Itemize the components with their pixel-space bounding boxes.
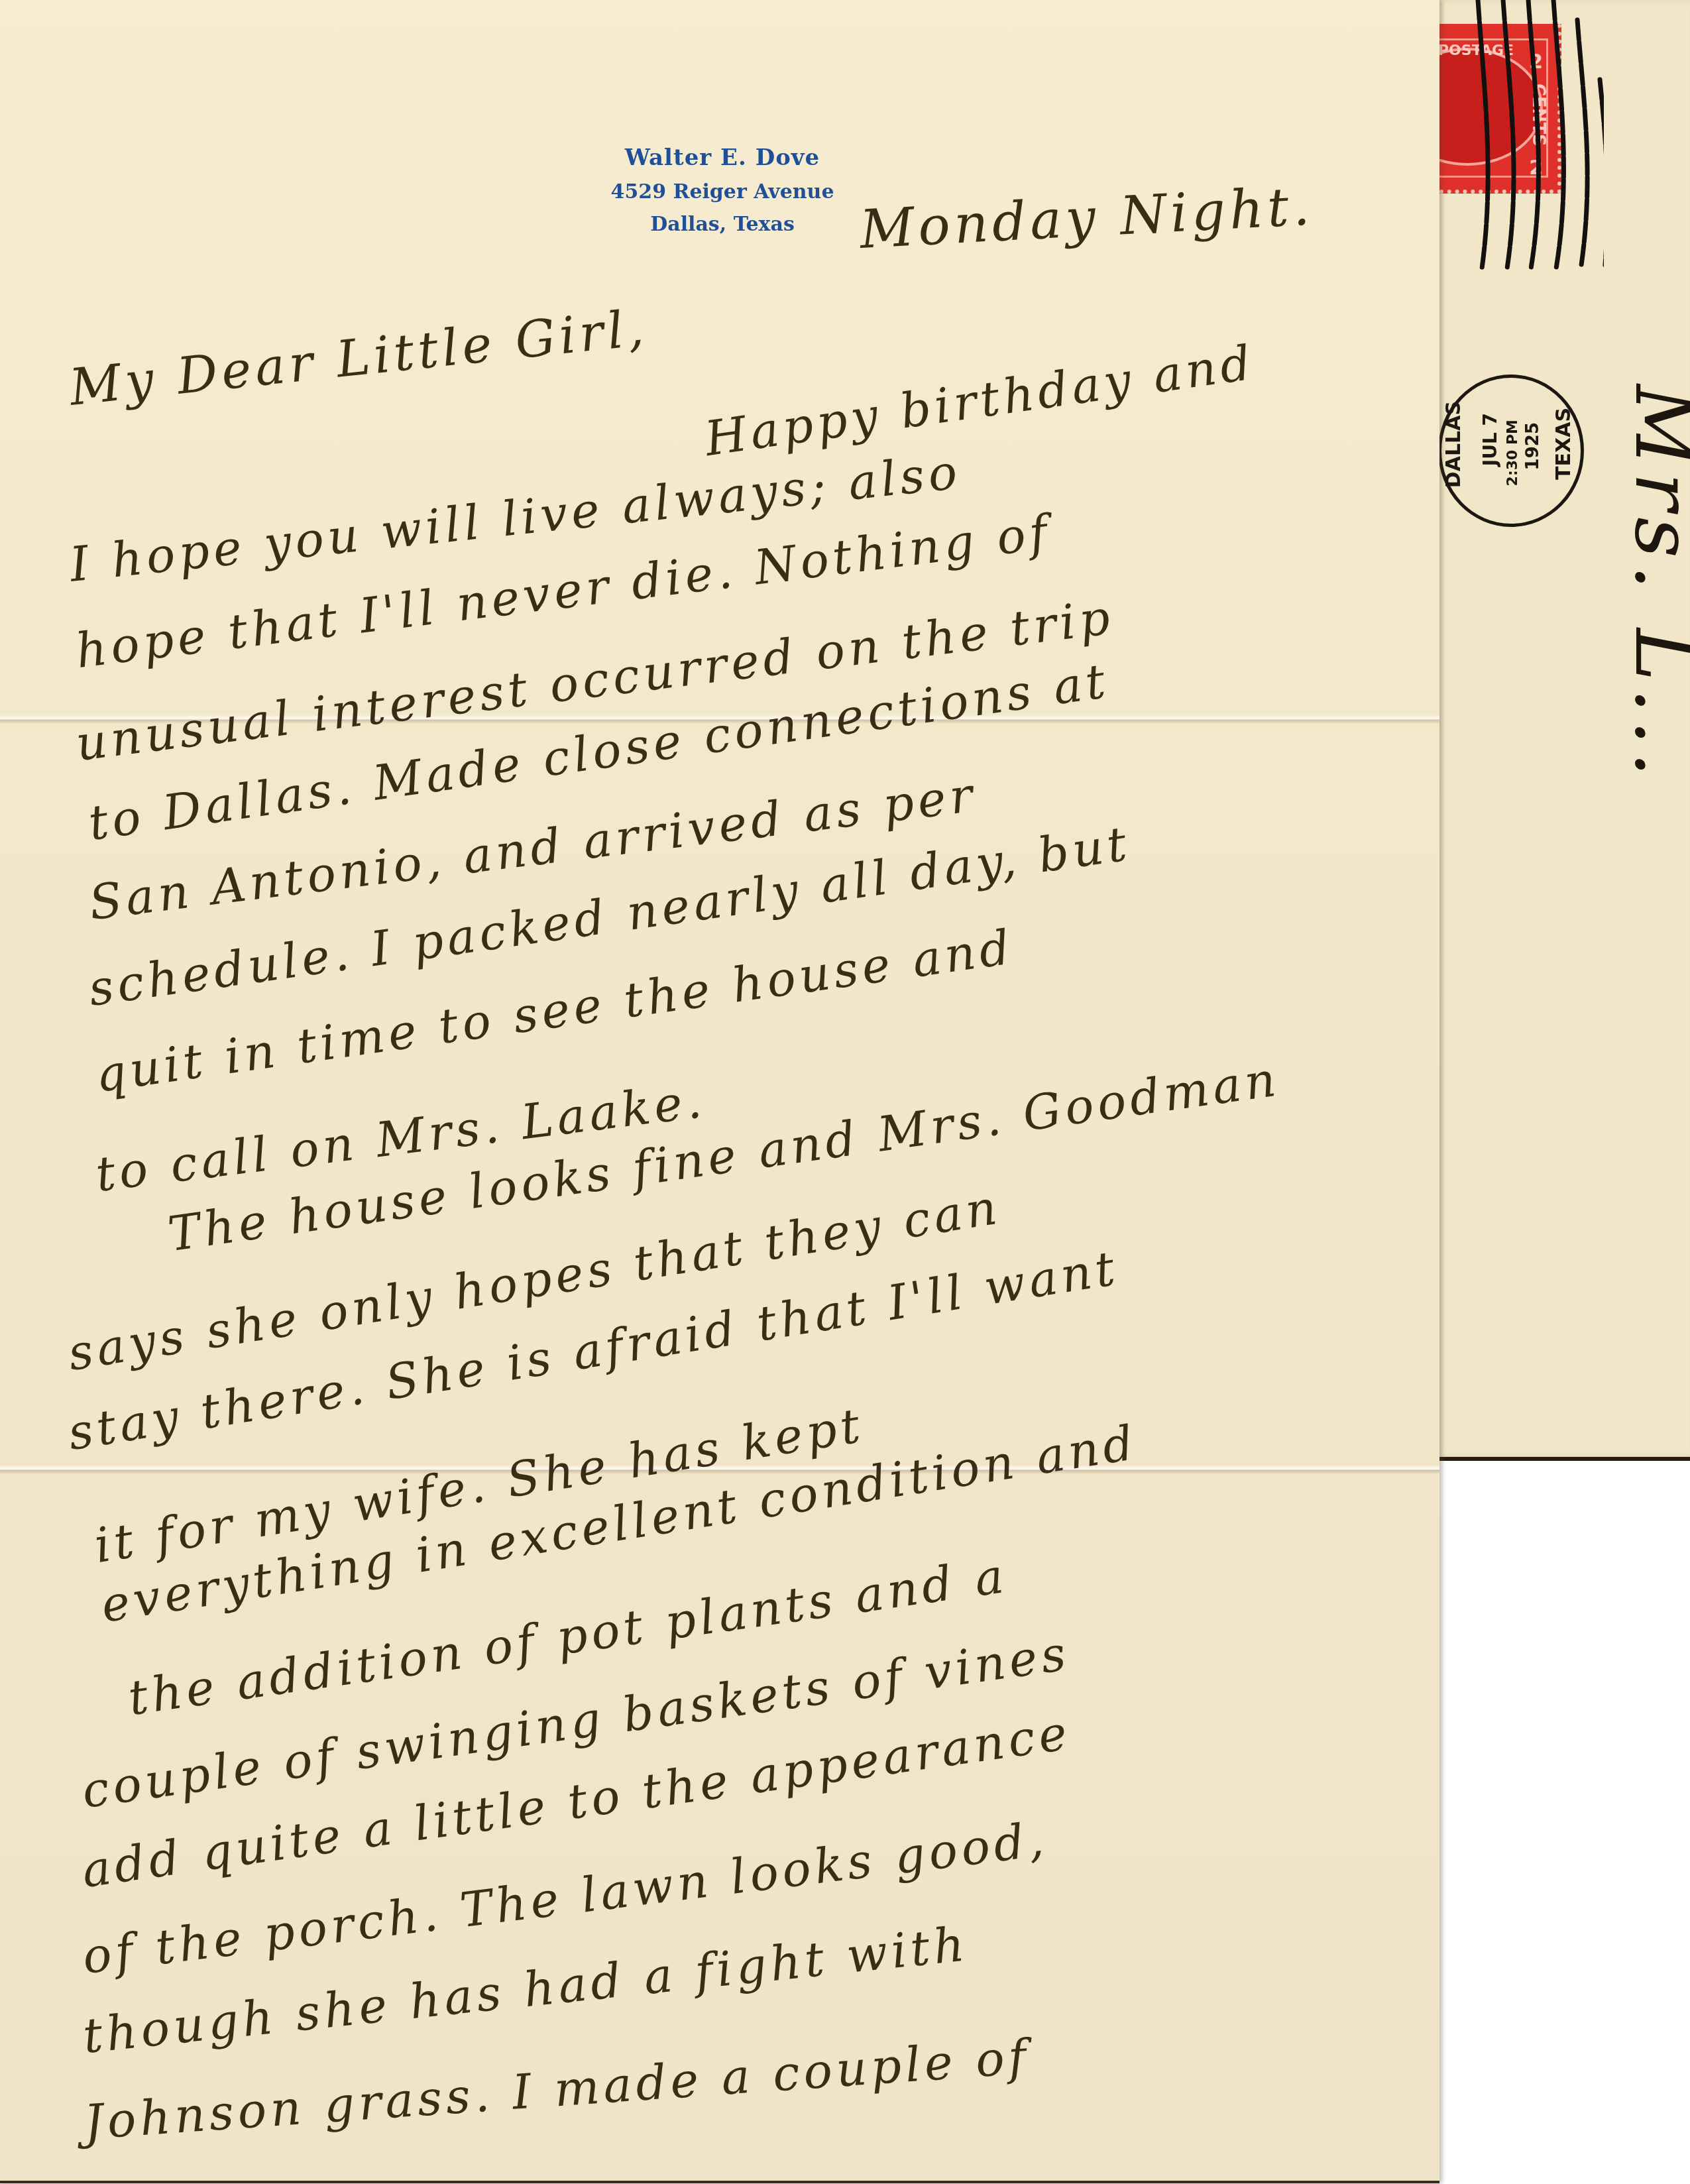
- letterhead: Walter E. Dove 4529 Reiger Avenue Dallas…: [583, 144, 862, 236]
- salutation: My Dear Little Girl,: [67, 298, 650, 417]
- postmark-time: 2:30 PM: [1504, 420, 1521, 486]
- postmark-state: TEXAS: [1552, 408, 1575, 480]
- letter-page: Walter E. Dove 4529 Reiger Avenue Dallas…: [0, 0, 1439, 2183]
- cancellation-lines-icon: [1432, 0, 1604, 272]
- letterhead-street: 4529 Reiger Avenue: [583, 180, 862, 203]
- letterhead-name: Walter E. Dove: [583, 144, 862, 171]
- postmark-year: 1925: [1523, 422, 1543, 470]
- postmark: DALLAS JUL 7 2:30 PM 1925 TEXAS: [1438, 361, 1584, 540]
- postmark-date: JUL 7: [1479, 413, 1501, 466]
- body-line-1: Happy birthday and: [701, 334, 1258, 467]
- postmark-city: DALLAS: [1442, 401, 1465, 488]
- letterhead-city: Dallas, Texas: [583, 213, 862, 236]
- envelope-address: Mrs. L...: [1617, 384, 1690, 783]
- dateline: Monday Night.: [858, 175, 1315, 260]
